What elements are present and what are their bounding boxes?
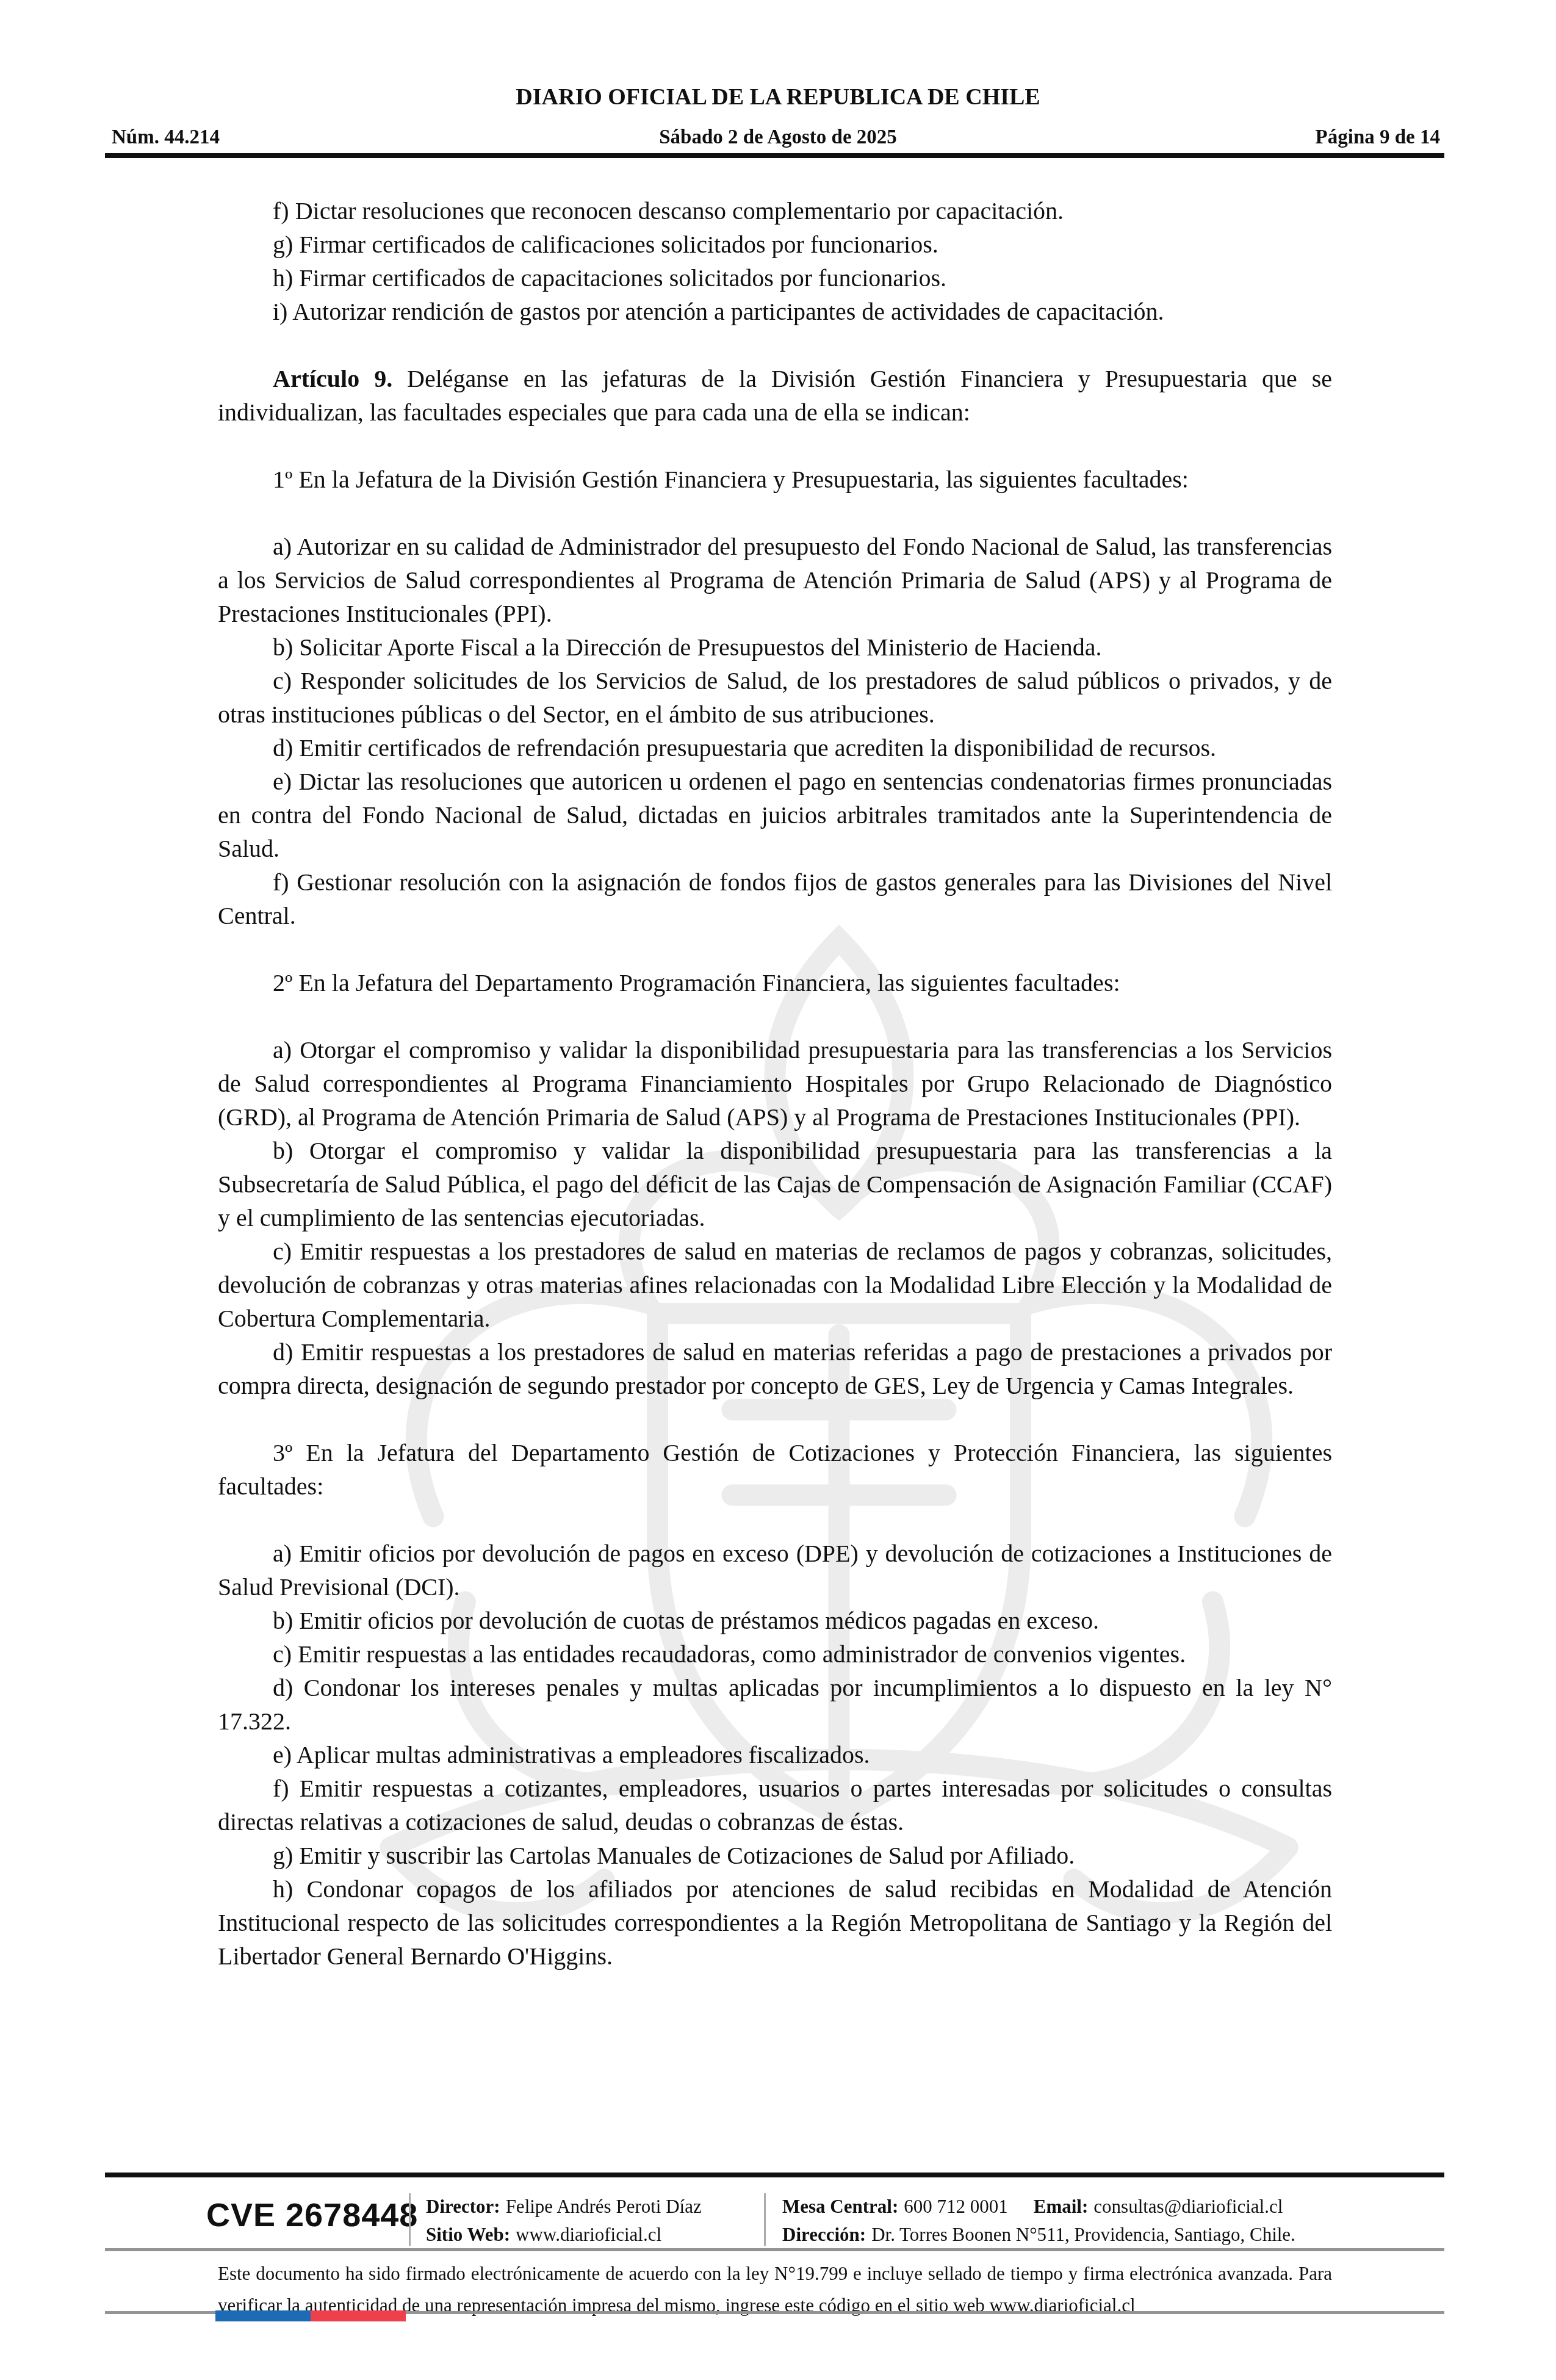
masthead-title: DIARIO OFICIAL DE LA REPUBLICA DE CHILE [0,85,1556,109]
document-body: f) Dictar resoluciones que reconocen des… [218,194,1332,1973]
flag-blue-block [215,2310,311,2321]
paragraph: d) Condonar los intereses penales y mult… [218,1671,1332,1738]
direccion-label: Dirección: [782,2224,866,2245]
page-indicator: Página 9 de 14 [1316,126,1440,150]
paragraph: Artículo 9. Deléganse en las jefaturas d… [218,362,1332,429]
header-rule [105,153,1444,158]
paragraph: d) Emitir certificados de refrendación p… [218,731,1332,765]
mesa-label: Mesa Central: [782,2196,898,2217]
mesa-email-line: Mesa Central:600 712 0001Email:consultas… [782,2193,1295,2221]
paragraph: g) Emitir y suscribir las Cartolas Manua… [218,1839,1332,1872]
direccion-line: Dirección:Dr. Torres Boonen N°511, Provi… [782,2221,1295,2249]
paragraph: c) Responder solicitudes de los Servicio… [218,664,1332,731]
paragraph: c) Emitir respuestas a las entidades rec… [218,1637,1332,1671]
chile-flag-mark [215,2310,406,2321]
paragraph: a) Emitir oficios por devolución de pago… [218,1537,1332,1604]
sitio-label: Sitio Web: [426,2224,510,2245]
flag-red-block [311,2310,406,2321]
paragraph: a) Autorizar en su calidad de Administra… [218,530,1332,630]
article-number: Artículo 9. [273,365,392,392]
director-line: Director:Felipe Andrés Peroti Díaz [426,2193,702,2221]
footer-divider-2 [764,2193,766,2246]
paragraph: f) Gestionar resolución con la asignació… [218,865,1332,932]
cve-code: CVE 2678448 [206,2196,418,2235]
footer-divider-1 [409,2193,411,2246]
director-value: Felipe Andrés Peroti Díaz [506,2196,702,2217]
director-label: Director: [426,2196,500,2217]
paragraph: h) Condonar copagos de los afiliados por… [218,1872,1332,1973]
paragraph: f) Dictar resoluciones que reconocen des… [218,194,1332,228]
paragraph: 3º En la Jefatura del Departamento Gesti… [218,1436,1332,1503]
footer-rule [105,2173,1444,2177]
email-value: consultas@diarioficial.cl [1093,2196,1283,2217]
footer-director-block: Director:Felipe Andrés Peroti Díaz Sitio… [426,2193,702,2249]
mesa-value: 600 712 0001 [904,2196,1008,2217]
paragraph: g) Firmar certificados de calificaciones… [218,228,1332,261]
paragraph: c) Emitir respuestas a los prestadores d… [218,1235,1332,1335]
email-label: Email: [1034,2196,1089,2217]
sitio-value: www.diarioficial.cl [516,2224,661,2245]
paragraph: h) Firmar certificados de capacitaciones… [218,261,1332,295]
paragraph: b) Otorgar el compromiso y validar la di… [218,1134,1332,1235]
paragraph: d) Emitir respuestas a los prestadores d… [218,1335,1332,1402]
paragraph: 1º En la Jefatura de la División Gestión… [218,463,1332,496]
sitio-line: Sitio Web:www.diarioficial.cl [426,2221,702,2249]
paragraph: a) Otorgar el compromiso y validar la di… [218,1033,1332,1134]
paragraph: f) Emitir respuestas a cotizantes, emple… [218,1772,1332,1839]
paragraph: i) Autorizar rendición de gastos por ate… [218,295,1332,328]
paragraph: b) Emitir oficios por devolución de cuot… [218,1604,1332,1637]
paragraph: e) Dictar las resoluciones que autoricen… [218,765,1332,865]
paragraph: 2º En la Jefatura del Departamento Progr… [218,966,1332,1000]
separator-rule [105,2248,1444,2251]
footer-contact-block: Mesa Central:600 712 0001Email:consultas… [782,2193,1295,2249]
direccion-value: Dr. Torres Boonen N°511, Providencia, Sa… [871,2224,1295,2245]
paragraph: b) Solicitar Aporte Fiscal a la Direcció… [218,630,1332,664]
paragraph: e) Aplicar multas administrativas a empl… [218,1738,1332,1772]
page: DIARIO OFICIAL DE LA REPUBLICA DE CHILE … [0,0,1556,2380]
